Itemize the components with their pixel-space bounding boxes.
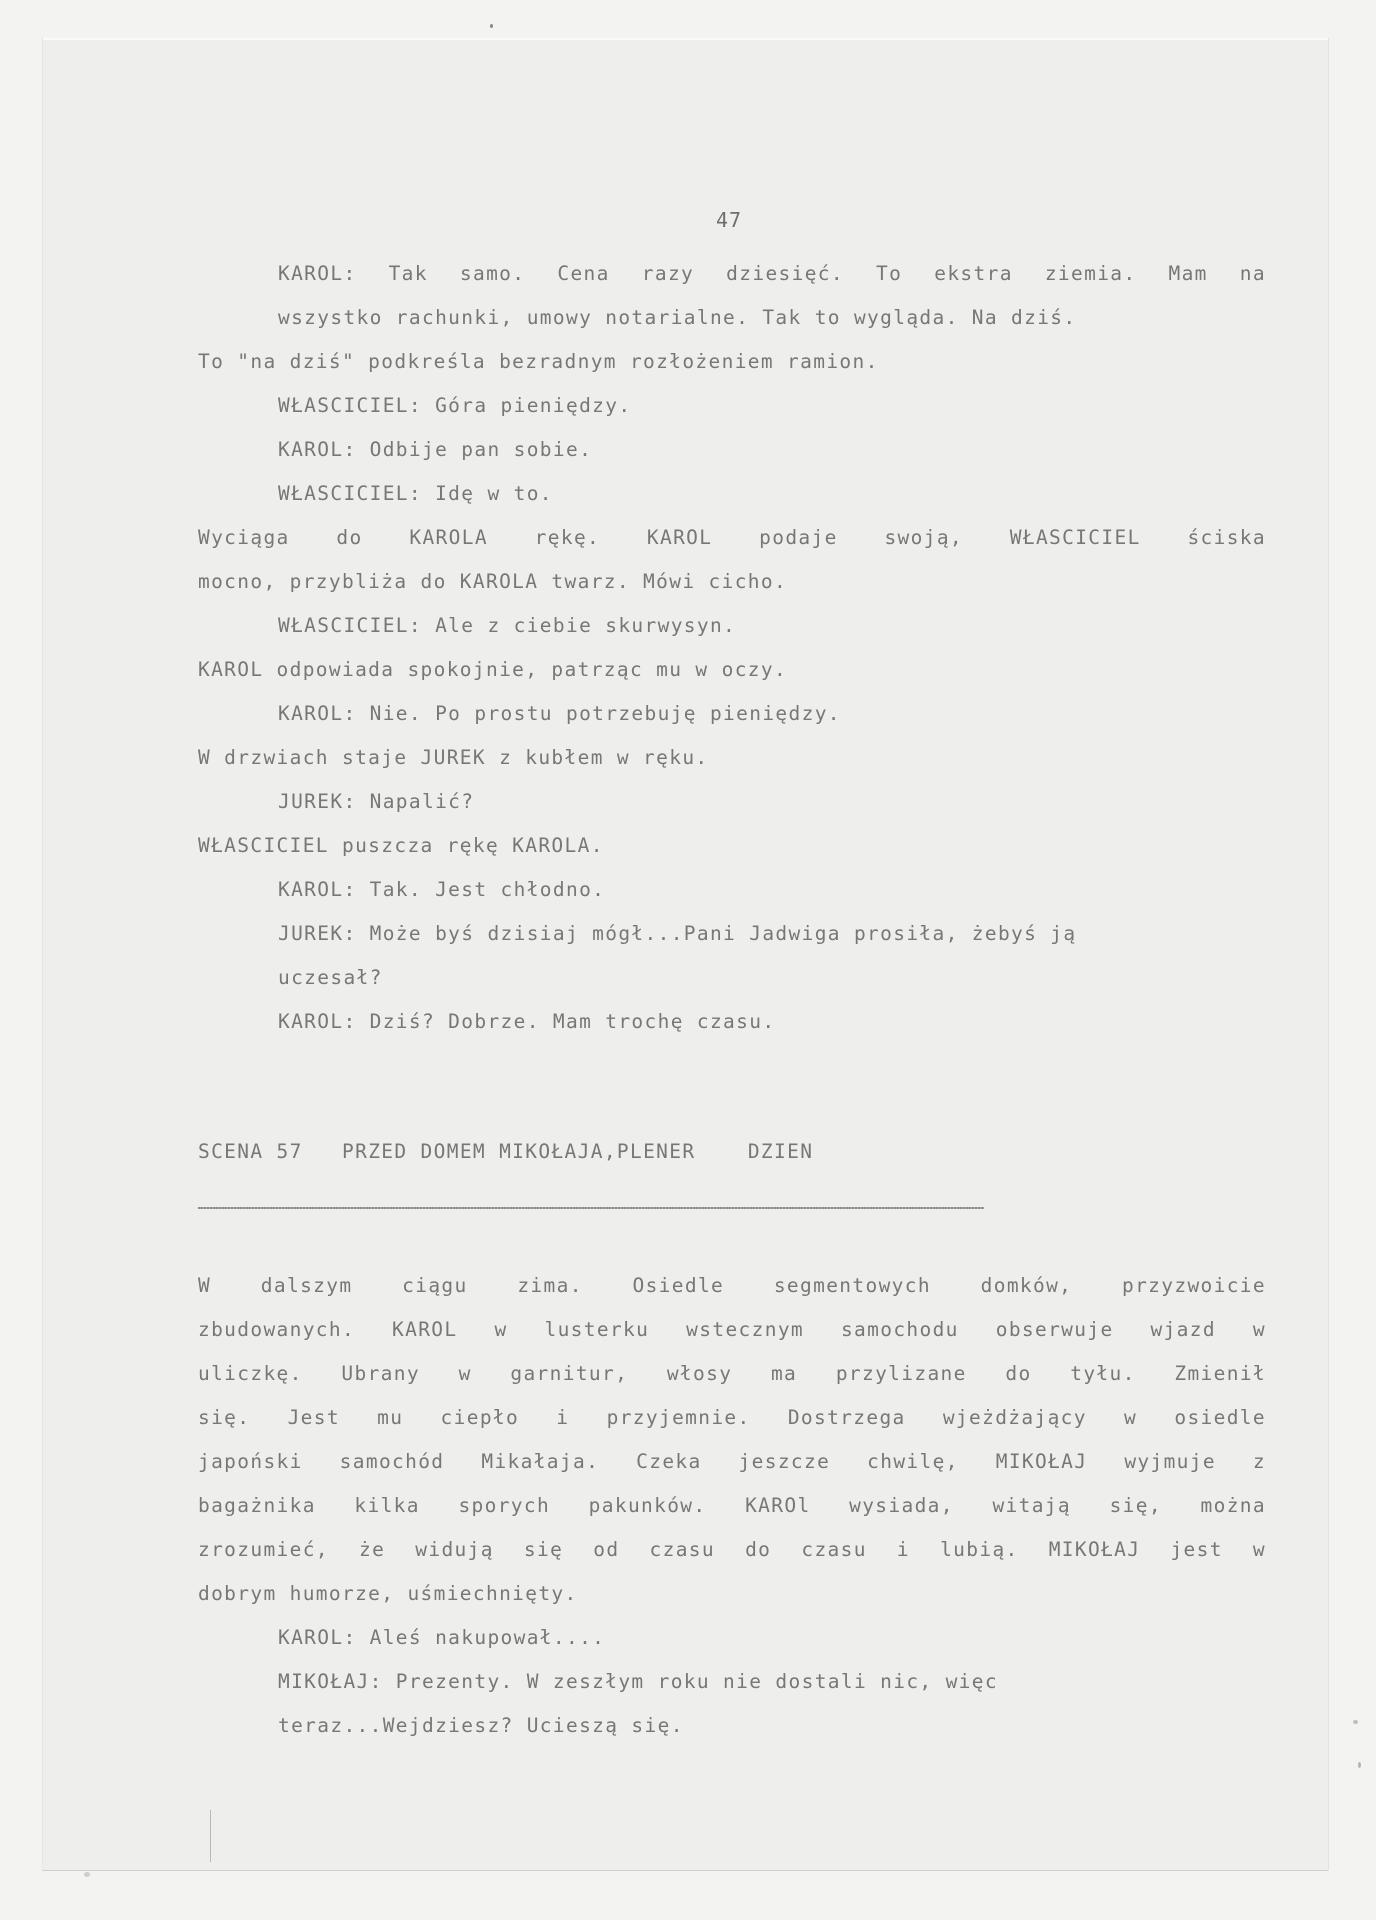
action-line: To "na dziś" podkreśla bezradnym rozłoże… (198, 350, 879, 374)
action-line: się. Jest mu ciepło i przyjemnie. Dostrz… (198, 1406, 1266, 1430)
action-line: mocno, przybliża do KAROLA twarz. Mówi c… (198, 570, 787, 594)
scene-number: SCENA 57 (198, 1140, 303, 1163)
dialogue-line: wszystko rachunki, umowy notarialne. Tak… (278, 306, 1077, 330)
dialogue-line: KAROL: Nie. Po prostu potrzebuję pienięd… (278, 702, 841, 726)
dialogue-line: teraz...Wejdziesz? Ucieszą się. (278, 1714, 684, 1738)
scene-heading: SCENA 57 PRZED DOMEM MIKOŁAJA,PLENER DZI… (198, 1140, 813, 1163)
scene-time: DZIEN (748, 1140, 813, 1163)
dialogue-line: WŁASCICIEL: Ale z ciebie skurwysyn. (278, 614, 736, 638)
action-line: zbudowanych. KAROL w lusterku wstecznym … (198, 1318, 1266, 1342)
action-line: bagażnika kilka sporych pakunków. KAROl … (198, 1494, 1266, 1518)
dialogue-line: WŁASCICIEL: Idę w to. (278, 482, 553, 506)
scan-speck (490, 24, 493, 28)
action-line: dobrym humorze, uśmiechnięty. (198, 1582, 578, 1606)
dialogue-line: KAROL: Tak. Jest chłodno. (278, 878, 605, 902)
scene-location: PRZED DOMEM MIKOŁAJA,PLENER (342, 1140, 695, 1163)
scan-speck (84, 1872, 90, 1877)
dialogue-line: JUREK: Napalić? (278, 790, 474, 814)
action-line: Wyciąga do KAROLA rękę. KAROL podaje swo… (198, 526, 1266, 550)
action-line: japoński samochód Mikałaja. Czeka jeszcz… (198, 1450, 1266, 1474)
dialogue-line: KAROL: Tak samo. Cena razy dziesięć. To … (278, 262, 1266, 286)
dialogue-line: JUREK: Może byś dzisiaj mógł...Pani Jadw… (278, 922, 1077, 946)
action-line: WŁASCICIEL puszcza rękę KAROLA. (198, 834, 604, 858)
paper-fold-mark (210, 1810, 211, 1862)
dialogue-line: KAROL: Dziś? Dobrze. Mam trochę czasu. (278, 1010, 775, 1034)
action-line: W dalszym ciągu zima. Osiedle segmentowy… (198, 1274, 1266, 1298)
action-line: W drzwiach staje JUREK z kubłem w ręku. (198, 746, 709, 770)
dialogue-line: MIKOŁAJ: Prezenty. W zeszłym roku nie do… (278, 1670, 998, 1694)
action-line: zrozumieć, że widują się od czasu do cza… (198, 1538, 1266, 1562)
page-number: 47 (716, 208, 742, 232)
scan-speck (1353, 1720, 1358, 1724)
scene-heading-rule (198, 1207, 984, 1209)
dialogue-line: uczesał? (278, 966, 383, 990)
action-line: uliczkę. Ubrany w garnitur, włosy ma prz… (198, 1362, 1266, 1386)
scan-speck (1358, 1762, 1361, 1768)
dialogue-line: KAROL: Aleś nakupował.... (278, 1626, 605, 1650)
dialogue-line: WŁASCICIEL: Góra pieniędzy. (278, 394, 631, 418)
dialogue-line: KAROL: Odbije pan sobie. (278, 438, 592, 462)
action-line: KAROL odpowiada spokojnie, patrząc mu w … (198, 658, 787, 682)
